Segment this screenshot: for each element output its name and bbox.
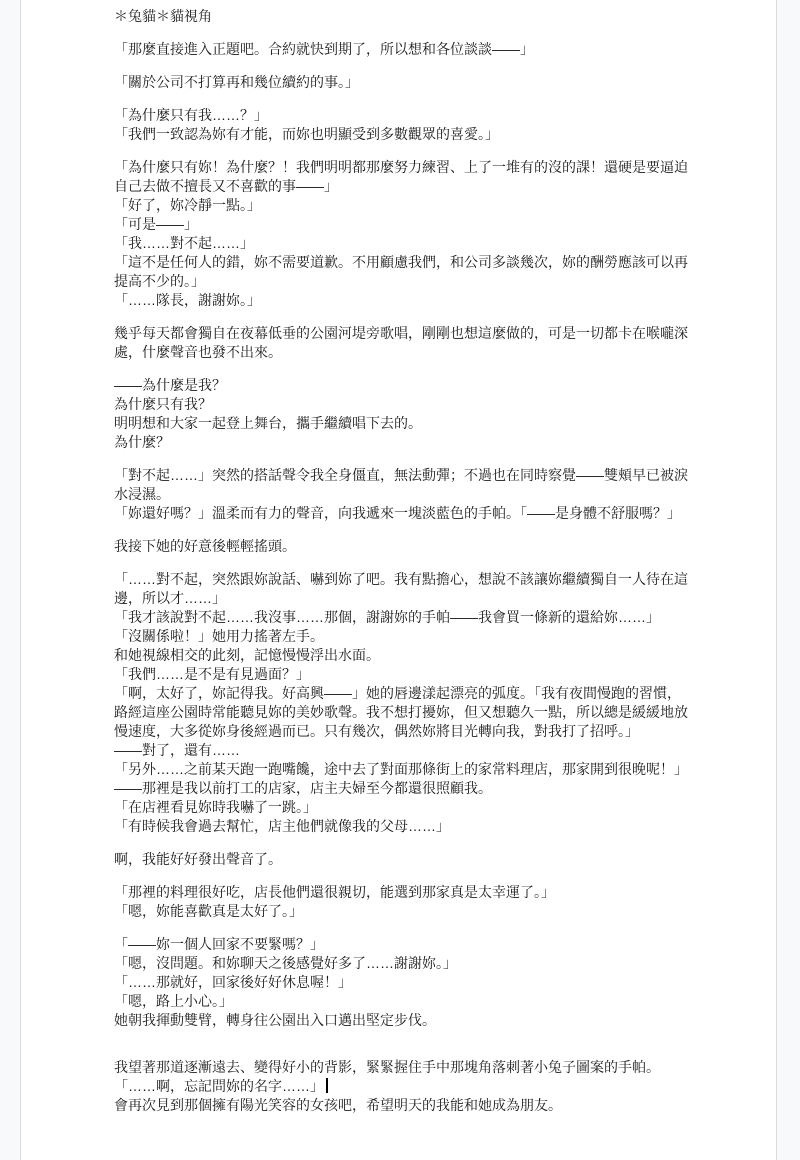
text-line: 「我……對不起……」 (114, 234, 688, 253)
text-line: ——為什麼是我？ (114, 376, 688, 395)
text-line: 「嗯，路上小心。」 (114, 992, 688, 1011)
blank-line (114, 1030, 688, 1044)
blank-line (114, 836, 688, 850)
text-line: 「我們一致認為妳有才能，而妳也明顯受到多數觀眾的喜愛。」 (114, 125, 688, 144)
text-cursor (326, 1078, 328, 1093)
blank-line (114, 26, 688, 40)
text-line: 「那裡的料理很好吃，店長他們還很親切，能選到那家真是太幸運了。」 (114, 883, 688, 902)
document-page: ＊兔貓＊貓視角「那麼直接進入正題吧。合約就快到期了，所以想和各位談談——」「關於… (20, 0, 777, 1160)
blank-line (114, 144, 688, 158)
blank-line (114, 452, 688, 466)
text-line: 和她視線相交的此刻，記憶慢慢浮出水面。 (114, 646, 688, 665)
text-line: 「在店裡看見妳時我嚇了一跳。」 (114, 798, 688, 817)
blank-line (114, 523, 688, 537)
text-line: 「那麼直接進入正題吧。合約就快到期了，所以想和各位談談——」 (114, 40, 688, 59)
text-line: 她朝我揮動雙臂，轉身往公園出入口邁出堅定步伐。 (114, 1011, 688, 1030)
text-line: 「好了，妳冷靜一點。」 (114, 196, 688, 215)
text-line: 為什麼？ (114, 433, 688, 452)
text-line: 「為什麼只有我……？」 (114, 106, 688, 125)
text-line: 為什麼只有我？ (114, 395, 688, 414)
blank-line (114, 869, 688, 883)
text-line: 「這不是任何人的錯，妳不需要道歉。不用顧慮我們，和公司多談幾次，妳的酬勞應該可以… (114, 253, 688, 291)
text-line: 我接下她的好意後輕輕搖頭。 (114, 537, 688, 556)
text-line: 「嗯，妳能喜歡真是太好了。」 (114, 902, 688, 921)
blank-line (114, 92, 688, 106)
blank-line (114, 310, 688, 324)
blank-line (114, 59, 688, 73)
text-line: ——對了，還有…… (114, 741, 688, 760)
text-line: 「我們……是不是有見過面？」 (114, 665, 688, 684)
text-line: 「為什麼只有妳！為什麼？！我們明明都那麼努力練習、上了一堆有的沒的課！還硬是要逼… (114, 158, 688, 196)
text-line: 「妳還好嗎？」溫柔而有力的聲音，向我遞來一塊淡藍色的手帕。「——是身體不舒服嗎？… (114, 504, 688, 523)
text-line: 「沒關係啦！」她用力搖著左手。 (114, 627, 688, 646)
text-line: 「關於公司不打算再和幾位續約的事。」 (114, 73, 688, 92)
blank-line (114, 1044, 688, 1058)
text-editor[interactable]: ＊兔貓＊貓視角「那麼直接進入正題吧。合約就快到期了，所以想和各位談談——」「關於… (21, 0, 776, 1160)
text-line: 「啊，太好了，妳記得我。好高興——」她的唇邊漾起漂亮的弧度。「我有夜間慢跑的習慣… (114, 684, 688, 741)
text-line: 「……隊長，謝謝妳。」 (114, 291, 688, 310)
text-line: 「……對不起，突然跟妳說話、嚇到妳了吧。我有點擔心，想說不該讓妳繼續獨自一人待在… (114, 570, 688, 608)
text-line: 明明想和大家一起登上舞台，攜手繼續唱下去的。 (114, 414, 688, 433)
app-background: ＊兔貓＊貓視角「那麼直接進入正題吧。合約就快到期了，所以想和各位談談——」「關於… (0, 0, 800, 1160)
text-line: 會再次見到那個擁有陽光笑容的女孩吧，希望明天的我能和她成為朋友。 (114, 1096, 688, 1115)
text-line: 「我才該說對不起……我沒事……那個，謝謝妳的手帕——我會買一條新的還給妳……」 (114, 608, 688, 627)
text-line: 「……那就好，回家後好好休息喔！」 (114, 973, 688, 992)
text-line: 幾乎每天都會獨自在夜幕低垂的公園河堤旁歌唱，剛剛也想這麼做的，可是一切都卡在喉嚨… (114, 324, 688, 362)
text-line: ＊兔貓＊貓視角 (114, 7, 688, 26)
text-line: 「……啊，忘記問妳的名字……」 (114, 1077, 688, 1096)
text-line: 「對不起……」突然的搭話聲令我全身僵直，無法動彈；不過也在同時察覺——雙頰早已被… (114, 466, 688, 504)
blank-line (114, 362, 688, 376)
text-line: 我望著那道逐漸遠去、變得好小的背影，緊緊握住手中那塊角落刺著小兔子圖案的手帕。 (114, 1058, 688, 1077)
text-line: 啊，我能好好發出聲音了。 (114, 850, 688, 869)
blank-line (114, 921, 688, 935)
text-line: 「可是——」 (114, 215, 688, 234)
blank-line (114, 556, 688, 570)
text-line: 「嗯，沒問題。和妳聊天之後感覺好多了……謝謝妳。」 (114, 954, 688, 973)
text-line: 「有時候我會過去幫忙，店主他們就像我的父母……」 (114, 817, 688, 836)
text-line: ——那裡是我以前打工的店家，店主夫婦至今都還很照顧我。 (114, 779, 688, 798)
text-line: 「——妳一個人回家不要緊嗎？」 (114, 935, 688, 954)
text-line: 「另外……之前某天跑一跑嘴饞，途中去了對面那條街上的家常料理店，那家開到很晚呢！… (114, 760, 688, 779)
